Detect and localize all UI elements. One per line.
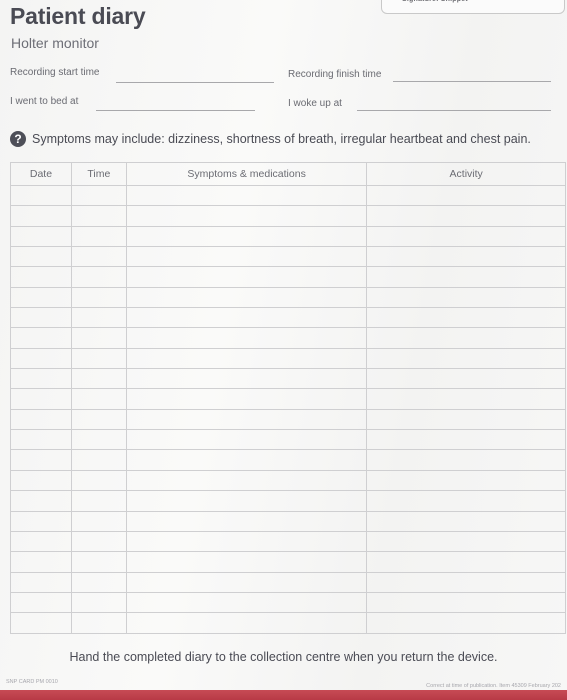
time-cell[interactable] — [71, 328, 126, 348]
recording-start-label: Recording start time — [10, 67, 99, 78]
time-cell[interactable] — [71, 186, 126, 206]
time-cell[interactable] — [71, 287, 126, 307]
time-cell[interactable] — [71, 389, 126, 409]
activity-cell[interactable] — [367, 450, 566, 470]
recording-start-field[interactable] — [116, 82, 274, 83]
table-row — [11, 450, 566, 470]
patient-diary-page: Signature: Snippet Patient diary Holter … — [0, 0, 567, 700]
symptoms-cell[interactable] — [126, 430, 367, 450]
symptoms-cell[interactable] — [126, 247, 367, 267]
activity-cell[interactable] — [367, 430, 566, 450]
symptoms-info: ? Symptoms may include: dizziness, short… — [10, 131, 531, 147]
activity-cell[interactable] — [367, 348, 566, 368]
time-cell[interactable] — [71, 226, 126, 246]
date-cell[interactable] — [11, 552, 72, 572]
signature-box: Signature: Snippet — [381, 0, 565, 14]
table-row — [11, 470, 566, 490]
date-cell[interactable] — [11, 389, 72, 409]
symptoms-cell[interactable] — [126, 491, 367, 511]
activity-cell[interactable] — [367, 552, 566, 572]
woke-up-label: I woke up at — [288, 98, 342, 109]
woke-up-field[interactable] — [357, 110, 551, 111]
date-cell[interactable] — [11, 491, 72, 511]
time-cell[interactable] — [71, 572, 126, 592]
table-row — [11, 369, 566, 389]
table-row — [11, 430, 566, 450]
date-cell[interactable] — [11, 369, 72, 389]
symptoms-cell[interactable] — [126, 409, 367, 429]
table-row — [11, 308, 566, 328]
date-cell[interactable] — [11, 328, 72, 348]
date-cell[interactable] — [11, 287, 72, 307]
table-header-row: Date Time Symptoms & medications Activit… — [11, 163, 566, 186]
diary-table-body — [11, 186, 566, 634]
date-cell[interactable] — [11, 206, 72, 226]
symptoms-cell[interactable] — [126, 511, 367, 531]
time-cell[interactable] — [71, 613, 126, 633]
date-cell[interactable] — [11, 430, 72, 450]
time-cell[interactable] — [71, 430, 126, 450]
date-cell[interactable] — [11, 186, 72, 206]
symptoms-cell[interactable] — [126, 287, 367, 307]
date-cell[interactable] — [11, 531, 72, 551]
recording-finish-field[interactable] — [393, 81, 551, 82]
table-row — [11, 186, 566, 206]
red-footer-strip — [0, 690, 567, 700]
activity-cell[interactable] — [367, 328, 566, 348]
activity-cell[interactable] — [367, 409, 566, 429]
date-cell[interactable] — [11, 226, 72, 246]
table-row — [11, 247, 566, 267]
symptoms-cell[interactable] — [126, 470, 367, 490]
symptoms-cell[interactable] — [126, 592, 367, 612]
time-cell[interactable] — [71, 348, 126, 368]
symptoms-cell[interactable] — [126, 613, 367, 633]
page-title: Patient diary — [10, 3, 145, 30]
went-to-bed-label: I went to bed at — [10, 96, 78, 107]
time-cell[interactable] — [71, 552, 126, 572]
table-row — [11, 531, 566, 551]
table-row — [11, 552, 566, 572]
symptoms-cell[interactable] — [126, 267, 367, 287]
activity-cell[interactable] — [367, 572, 566, 592]
activity-cell[interactable] — [367, 206, 566, 226]
activity-cell[interactable] — [367, 287, 566, 307]
table-row — [11, 572, 566, 592]
symptoms-cell[interactable] — [126, 369, 367, 389]
activity-cell[interactable] — [367, 369, 566, 389]
time-cell[interactable] — [71, 511, 126, 531]
symptoms-cell[interactable] — [126, 348, 367, 368]
time-cell[interactable] — [71, 531, 126, 551]
date-cell[interactable] — [11, 267, 72, 287]
time-cell[interactable] — [71, 470, 126, 490]
activity-cell[interactable] — [367, 389, 566, 409]
column-header-time: Time — [71, 163, 126, 186]
symptoms-cell[interactable] — [126, 531, 367, 551]
publication-note: Correct at time of publication. Item 453… — [426, 683, 561, 689]
symptoms-cell[interactable] — [126, 572, 367, 592]
column-header-date: Date — [11, 163, 72, 186]
table-row — [11, 348, 566, 368]
date-cell[interactable] — [11, 613, 72, 633]
symptoms-cell[interactable] — [126, 206, 367, 226]
table-row — [11, 226, 566, 246]
date-cell[interactable] — [11, 348, 72, 368]
table-row — [11, 613, 566, 633]
symptoms-cell[interactable] — [126, 308, 367, 328]
activity-cell[interactable] — [367, 308, 566, 328]
diary-table: Date Time Symptoms & medications Activit… — [10, 162, 566, 634]
document-code: SNP CARD PM 0010 — [6, 679, 58, 685]
table-row — [11, 267, 566, 287]
activity-cell[interactable] — [367, 531, 566, 551]
date-cell[interactable] — [11, 470, 72, 490]
activity-cell[interactable] — [367, 592, 566, 612]
signature-box-label: Signature: Snippet — [402, 0, 468, 3]
table-row — [11, 328, 566, 348]
date-cell[interactable] — [11, 592, 72, 612]
symptoms-cell[interactable] — [126, 226, 367, 246]
time-cell[interactable] — [71, 308, 126, 328]
activity-cell[interactable] — [367, 613, 566, 633]
activity-cell[interactable] — [367, 491, 566, 511]
time-cell[interactable] — [71, 592, 126, 612]
return-instruction: Hand the completed diary to the collecti… — [0, 650, 567, 664]
page-subtitle: Holter monitor — [11, 35, 99, 51]
table-row — [11, 287, 566, 307]
symptoms-cell[interactable] — [126, 552, 367, 572]
time-cell[interactable] — [71, 491, 126, 511]
activity-cell[interactable] — [367, 247, 566, 267]
symptoms-cell[interactable] — [126, 186, 367, 206]
table-row — [11, 389, 566, 409]
column-header-activity: Activity — [367, 163, 566, 186]
table-row — [11, 206, 566, 226]
date-cell[interactable] — [11, 511, 72, 531]
date-cell[interactable] — [11, 409, 72, 429]
symptoms-info-text: Symptoms may include: dizziness, shortne… — [32, 132, 531, 146]
recording-finish-label: Recording finish time — [288, 69, 381, 80]
time-cell[interactable] — [71, 450, 126, 470]
activity-cell[interactable] — [367, 511, 566, 531]
time-cell[interactable] — [71, 369, 126, 389]
table-row — [11, 491, 566, 511]
time-cell[interactable] — [71, 409, 126, 429]
symptoms-cell[interactable] — [126, 328, 367, 348]
column-header-symptoms: Symptoms & medications — [126, 163, 367, 186]
time-cell[interactable] — [71, 206, 126, 226]
symptoms-cell[interactable] — [126, 450, 367, 470]
table-row — [11, 511, 566, 531]
table-row — [11, 592, 566, 612]
table-row — [11, 409, 566, 429]
went-to-bed-field[interactable] — [96, 110, 255, 111]
activity-cell[interactable] — [367, 186, 566, 206]
symptoms-cell[interactable] — [126, 389, 367, 409]
question-circle-icon: ? — [10, 131, 26, 147]
date-cell[interactable] — [11, 308, 72, 328]
time-cell[interactable] — [71, 247, 126, 267]
date-cell[interactable] — [11, 450, 72, 470]
date-cell[interactable] — [11, 572, 72, 592]
activity-cell[interactable] — [367, 470, 566, 490]
date-cell[interactable] — [11, 247, 72, 267]
activity-cell[interactable] — [367, 267, 566, 287]
activity-cell[interactable] — [367, 226, 566, 246]
time-cell[interactable] — [71, 267, 126, 287]
